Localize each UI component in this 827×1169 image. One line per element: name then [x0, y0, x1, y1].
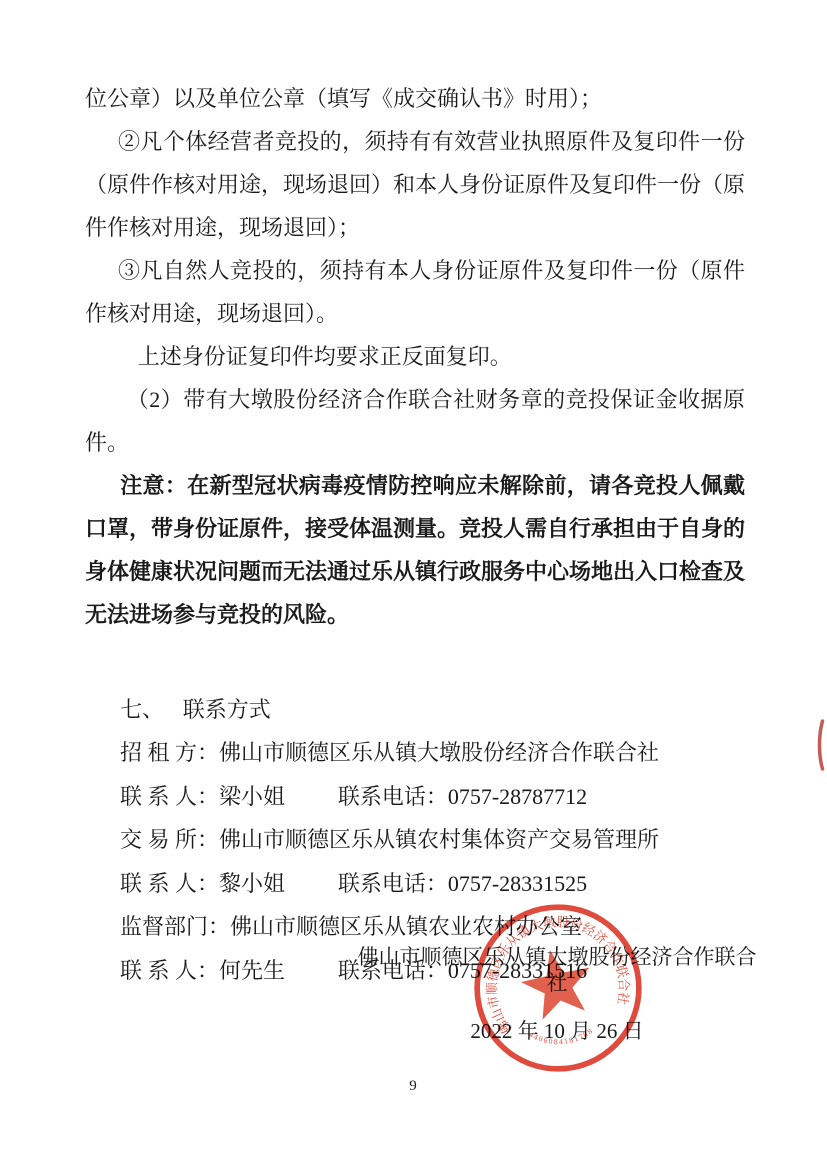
seal-code-holder: 4406084181788	[526, 1017, 597, 1053]
paragraph-deposit-receipt: （2）带有大墩股份经济合作联合社财务章的竞投保证金收据原件。	[85, 378, 745, 464]
contact-row-person-1: 联 系 人：梁小姐联系电话：0757-28787712	[120, 775, 745, 819]
contact-label: 联 系 人：	[120, 784, 219, 809]
official-seal: 佛山市顺德区乐从镇大墩股份经济合作联合社 4406084181788	[455, 885, 661, 1091]
paragraph-clause-2: ②凡个体经营者竞投的，须持有有效营业执照原件及复印件一份（原件作核对用途，现场退…	[85, 120, 745, 249]
paragraph-covid-notice: 注意：在新型冠状病毒疫情防控响应未解除前，请各竞投人佩戴口罩，带身份证原件，接受…	[85, 464, 745, 636]
document-body: 位公章）以及单位公章（填写《成交确认书》时用）； ②凡个体经营者竞投的，须持有有…	[85, 77, 745, 992]
paragraph-clause-3: ③凡自然人竞投的，须持有本人身份证原件及复印件一份（原件作核对用途，现场退回）。	[85, 249, 745, 335]
contact-label: 联 系 人：	[120, 958, 219, 983]
phone-number: 0757-28331525	[448, 871, 587, 896]
contact-value: 何先生	[219, 958, 285, 983]
contact-label: 交 易 所：	[120, 827, 219, 852]
phone-label: 联系电话：	[338, 784, 448, 809]
paragraph-continuation: 位公章）以及单位公章（填写《成交确认书》时用）；	[85, 77, 745, 120]
section-number: 七、	[120, 697, 164, 722]
contact-value: 佛山市顺德区乐从镇大墩股份经济合作联合社	[219, 740, 659, 765]
page-number: 9	[398, 1078, 428, 1095]
contact-row-person-2: 联 系 人：黎小姐联系电话：0757-28331525	[120, 862, 745, 906]
contact-row-exchange: 交 易 所：佛山市顺德区乐从镇农村集体资产交易管理所	[120, 818, 745, 862]
phone-label: 联系电话：	[338, 871, 448, 896]
contact-value: 梁小姐	[219, 784, 285, 809]
contact-row-supervisor: 监督部门：佛山市顺德区乐从镇农业农村办公室	[120, 905, 745, 949]
contact-section-heading: 七、联系方式	[120, 688, 745, 731]
contact-value: 佛山市顺德区乐从镇农村集体资产交易管理所	[219, 827, 659, 852]
seal-code: 4406084181788	[526, 1017, 597, 1053]
contact-label: 招 租 方：	[120, 740, 219, 765]
contact-label: 监督部门：	[120, 914, 230, 939]
contact-label: 联 系 人：	[120, 871, 219, 896]
star-icon	[516, 943, 598, 1023]
section-title: 联系方式	[183, 697, 271, 722]
paragraph-id-copy-note: 上述身份证复印件均要求正反面复印。	[85, 335, 745, 378]
red-pen-mark	[811, 718, 825, 777]
contact-value: 黎小姐	[219, 871, 285, 896]
phone-number: 0757-28787712	[448, 784, 587, 809]
contact-row-lessor: 招 租 方：佛山市顺德区乐从镇大墩股份经济合作联合社	[120, 731, 745, 775]
document-page: 位公章）以及单位公章（填写《成交确认书》时用）； ②凡个体经营者竞投的，须持有有…	[0, 0, 827, 1169]
red-pen-stroke	[820, 721, 823, 769]
